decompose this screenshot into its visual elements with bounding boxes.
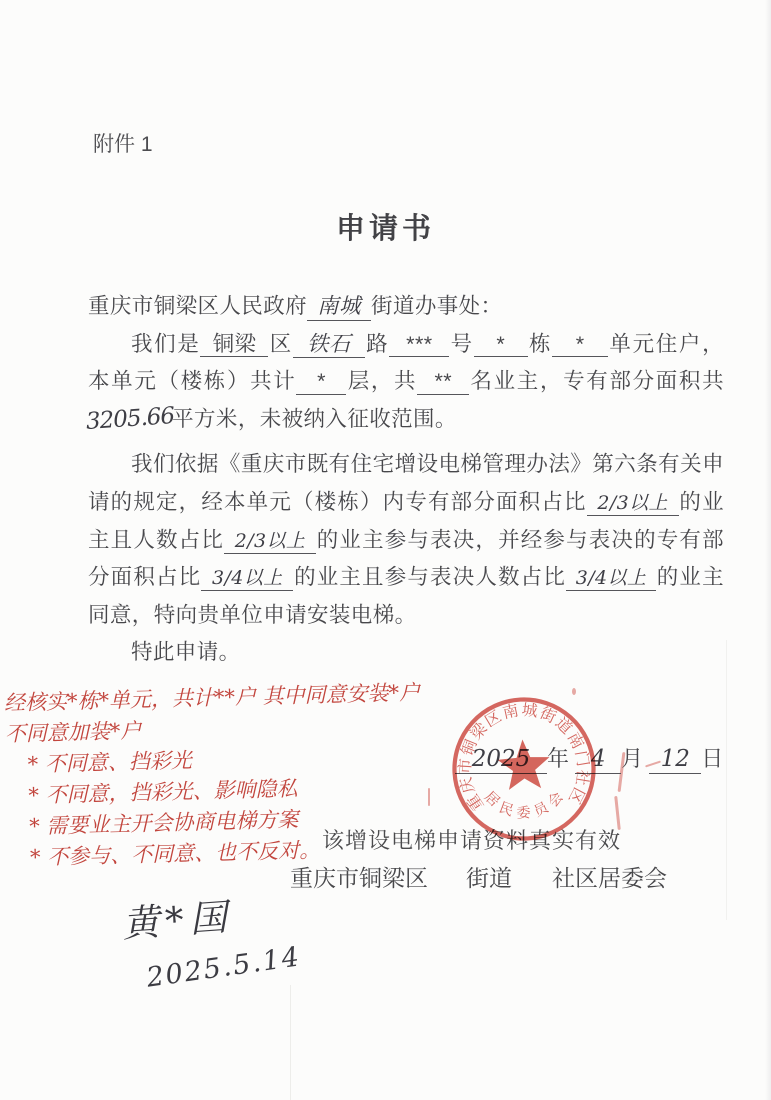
salutation-line: 重庆市铜梁区人民政府南城街道办事处： — [88, 288, 724, 326]
org-part-committee: 社区居委会 — [552, 860, 667, 893]
attachment-label: 附件 1 — [93, 128, 153, 158]
p2-text: 平方米，未被纳入征收范围。 — [172, 407, 457, 431]
org-blank-gap — [512, 860, 552, 893]
body-paragraph-voting: 我们依据《重庆市既有住宅增设电梯管理办法》第六条有关申请的规定，经本单元（楼栋）… — [88, 446, 724, 634]
official-stamp: 重庆市铜梁区南城街道南门社区 居民委员会 — [441, 686, 607, 852]
closing-line: 特此申请。 — [88, 634, 724, 672]
street-number-fill: *** — [389, 333, 449, 358]
scan-edge-shadow — [765, 0, 771, 1100]
signature-date: 2025.5.14 — [145, 941, 303, 993]
owner-count-fill: ** — [417, 370, 469, 395]
road-name-fill: 铁石 — [293, 334, 365, 359]
paper-crease — [290, 985, 291, 1100]
p2-text: 号 — [449, 332, 473, 356]
district-fill: 铜梁 — [200, 333, 268, 358]
people-ratio-fill-2: 3/4以上 — [566, 569, 656, 591]
p2-text: 路 — [365, 332, 389, 356]
org-part-street: 街道 — [466, 860, 512, 893]
org-blank-gap — [428, 860, 466, 893]
area-fill: 3205.66 — [82, 404, 178, 436]
unit-fill: * — [552, 333, 608, 358]
p2-text: 栋 — [528, 332, 552, 356]
p2-text: 层，共 — [346, 369, 417, 393]
day-fill: 12 — [649, 747, 701, 774]
ink-bleed-mark — [428, 788, 430, 806]
stamp-committee-text: 居民委员会 — [480, 784, 571, 824]
area-ratio-fill-1: 2/3以上 — [587, 494, 679, 516]
paper-crease — [726, 640, 727, 920]
people-ratio-fill-1: 2/3以上 — [224, 532, 316, 554]
salutation-pre: 重庆市铜梁区人民政府 — [88, 294, 307, 318]
street-name-fill: 南城 — [307, 296, 371, 321]
p2-text: 名业主，专有部分面积共 — [469, 369, 724, 393]
month-label: 月 — [621, 746, 643, 771]
day-label: 日 — [701, 746, 723, 771]
scanned-application-document: 附件 1 申请书 重庆市铜梁区人民政府南城街道办事处： 我们是铜梁区铁石路***… — [0, 0, 771, 1100]
org-signature-line: 重庆市铜梁区 街道 社区居委会 — [290, 860, 667, 893]
stamp-star — [496, 738, 551, 790]
p3-text: 的业主且参与表决人数占比 — [293, 565, 566, 589]
p2-text: 我们是 — [131, 332, 200, 356]
document-body: 重庆市铜梁区人民政府南城街道办事处： 我们是铜梁区铁石路***号*栋*单元住户，… — [88, 288, 724, 672]
p2-text: 区 — [268, 332, 292, 356]
building-fill: * — [474, 333, 528, 358]
body-paragraph-address: 我们是铜梁区铁石路***号*栋*单元住户，本单元（楼栋）共计*层，共**名业主，… — [88, 326, 724, 439]
org-part-district: 重庆市铜梁区 — [290, 860, 428, 893]
signature-name: 黄*国 — [120, 886, 234, 948]
floors-fill: * — [296, 370, 346, 395]
area-ratio-fill-2: 3/4以上 — [201, 569, 293, 591]
salutation-post: 街道办事处： — [371, 294, 502, 318]
document-title: 申请书 — [0, 206, 771, 247]
